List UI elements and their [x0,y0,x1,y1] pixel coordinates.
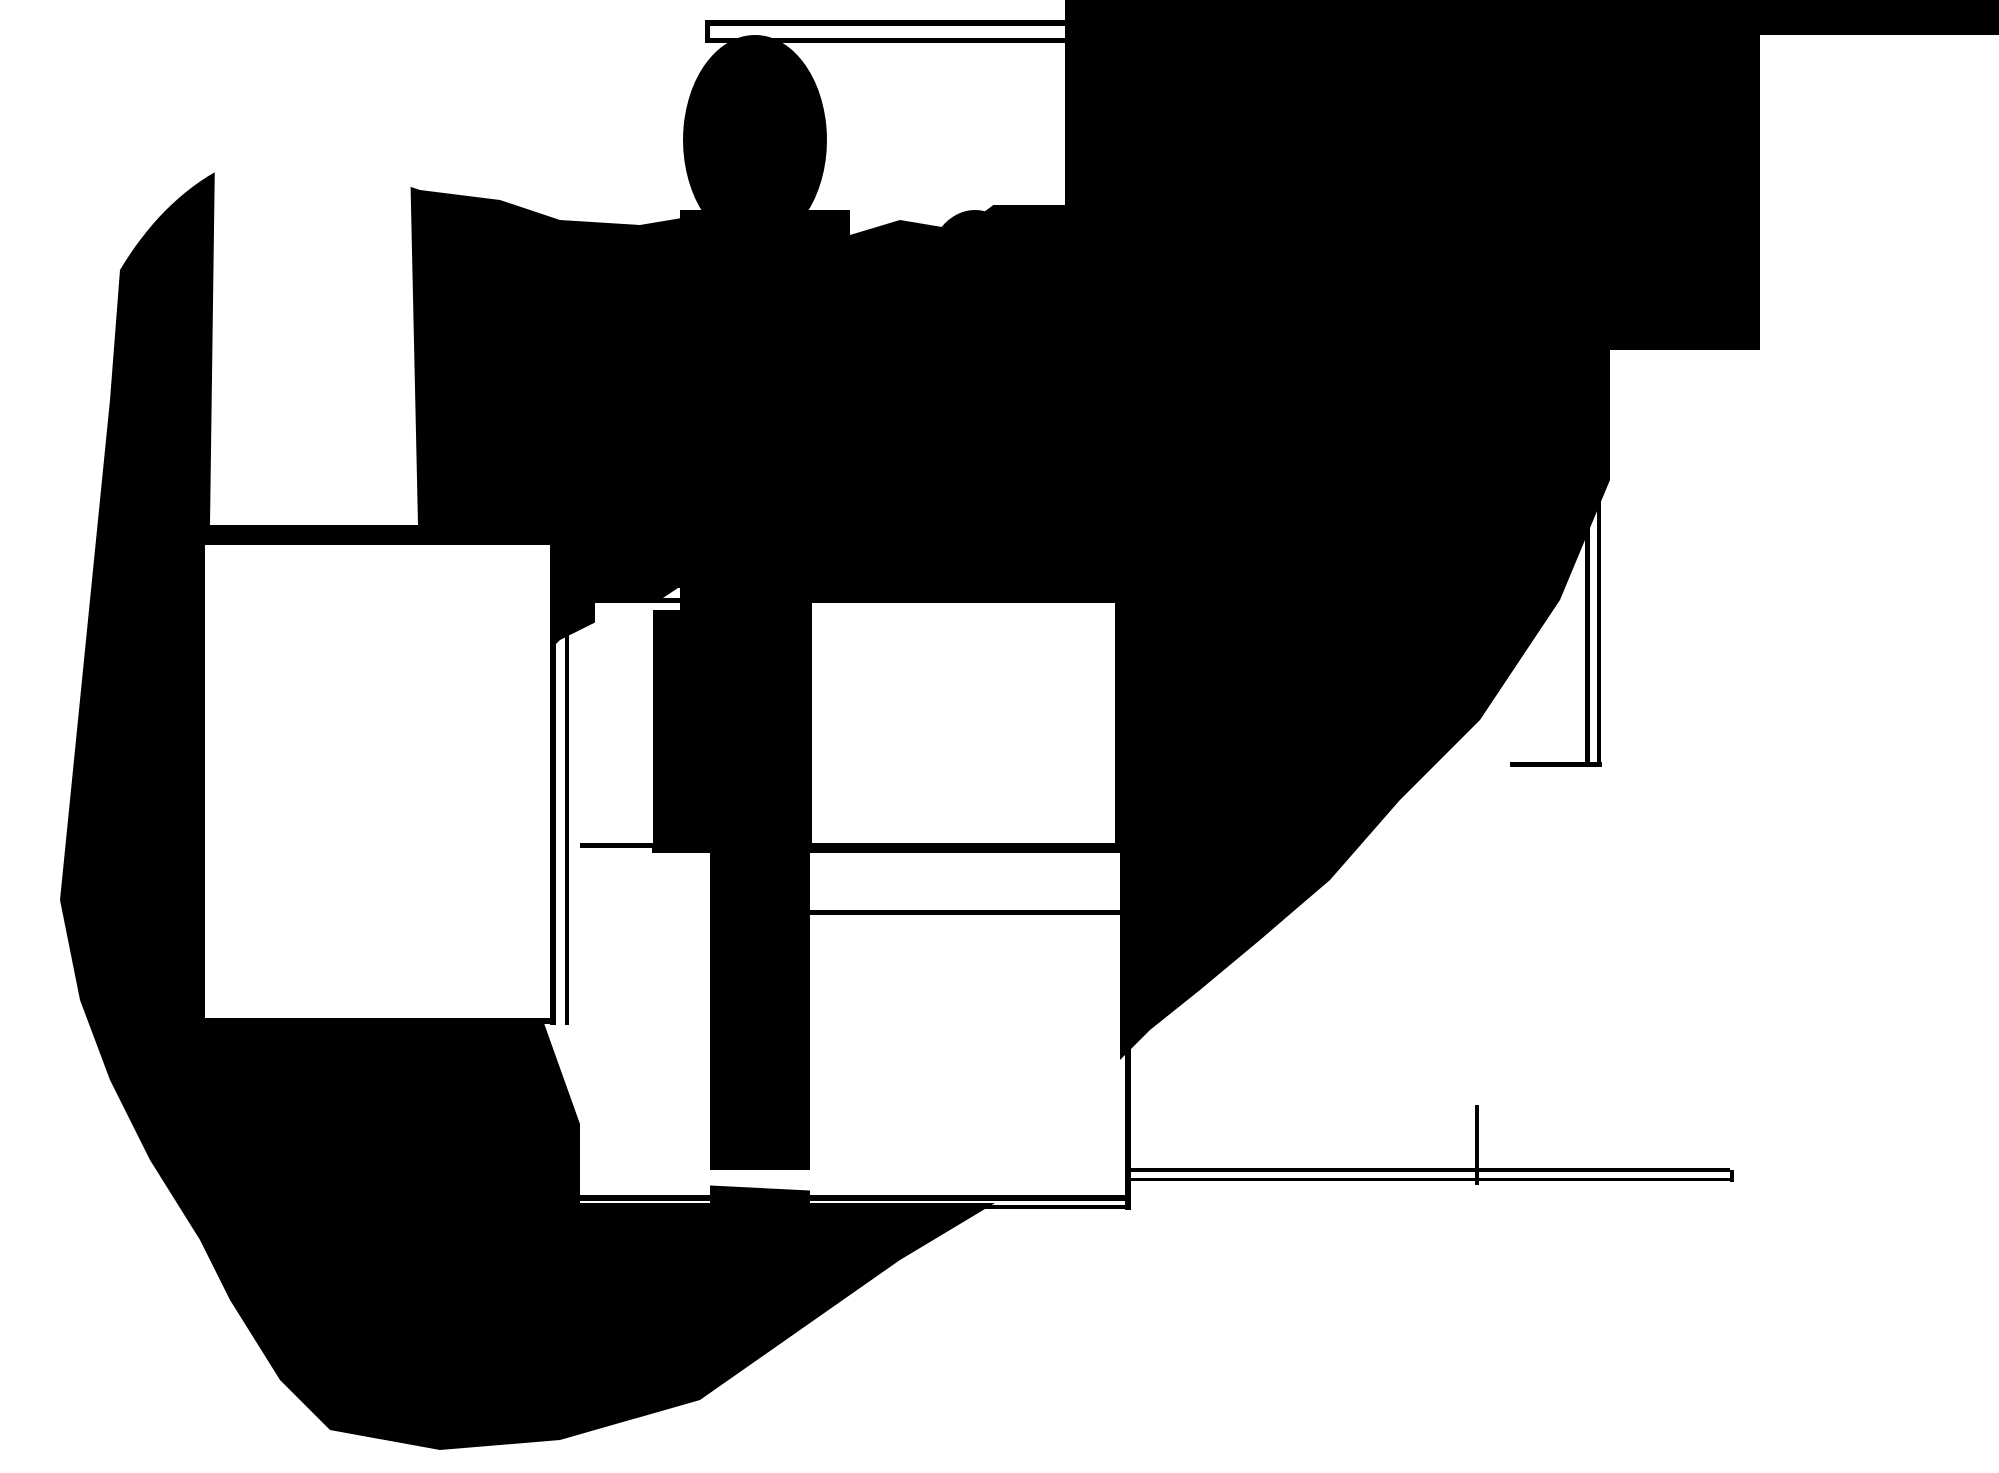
background-figure-head-2 [927,210,1023,330]
figure-torso [680,210,850,630]
left-tall-panel [210,134,418,525]
board-surface [870,45,1065,205]
left-panel [185,525,569,1025]
ink-artwork [0,0,1999,1473]
